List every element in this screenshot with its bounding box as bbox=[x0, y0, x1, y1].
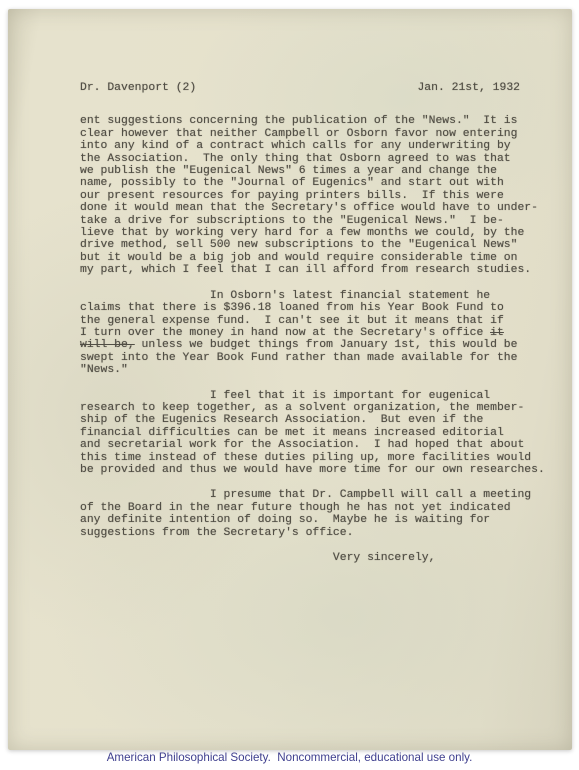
letter-line: drive method, sell 500 new subscriptions… bbox=[80, 239, 532, 251]
letter-line: ship of the Eugenics Research Associatio… bbox=[80, 414, 532, 426]
struck-text: will be, bbox=[80, 339, 135, 351]
letter-line: "News." bbox=[80, 364, 532, 376]
struck-text: it bbox=[490, 327, 504, 339]
typed-text: drive method, sell 500 new subscriptions… bbox=[80, 239, 517, 251]
letter-line: my part, which I feel that I can ill aff… bbox=[80, 264, 532, 276]
typed-text: I presume that Dr. Campbell will call a … bbox=[80, 489, 531, 501]
letter-line: In Osborn's latest financial statement h… bbox=[80, 290, 532, 302]
letter-line: our present resources for paying printer… bbox=[80, 190, 532, 202]
typed-text: research to keep together, as a solvent … bbox=[80, 402, 524, 414]
typed-text: "News." bbox=[80, 364, 128, 376]
scanned-letter-page: Dr. Davenport (2) Jan. 21st, 1932 ent su… bbox=[0, 0, 579, 770]
typed-text: any definite intention of doing so. Mayb… bbox=[80, 514, 490, 526]
typed-text: name, possibly to the "Journal of Eugeni… bbox=[80, 177, 504, 189]
typed-text: of the Board in the near future though h… bbox=[80, 502, 511, 514]
letter-line: suggestions from the Secretary's office. bbox=[80, 527, 532, 539]
typed-text: take a drive for subscriptions to the "E… bbox=[80, 215, 504, 227]
typed-text: lieve that by working very hard for a fe… bbox=[80, 227, 524, 239]
letter-paragraph: I feel that it is important for eugenica… bbox=[80, 390, 532, 477]
letter-line: the general expense fund. I can't see it… bbox=[80, 315, 532, 327]
letter-line: this time instead of these duties piling… bbox=[80, 452, 532, 464]
typed-text: financial difficulties can be met it mea… bbox=[80, 427, 504, 439]
letter-paragraph: ent suggestions concerning the publicati… bbox=[80, 115, 532, 276]
letter-line: ent suggestions concerning the publicati… bbox=[80, 115, 532, 127]
typed-text: unless we budget things from January 1st… bbox=[135, 339, 518, 351]
letter-line: claims that there is $396.18 loaned from… bbox=[80, 302, 532, 314]
typed-text: swept into the Year Book Fund rather tha… bbox=[80, 352, 517, 364]
letter-line: take a drive for subscriptions to the "E… bbox=[80, 215, 532, 227]
typed-text: we publish the "Eugenical News" 6 times … bbox=[80, 165, 497, 177]
typed-text: I turn over the money in hand now at the… bbox=[80, 327, 490, 339]
letter-closing: Very sincerely, bbox=[80, 552, 532, 564]
typed-text: my part, which I feel that I can ill aff… bbox=[80, 264, 531, 276]
letter-paragraph: In Osborn's latest financial statement h… bbox=[80, 290, 532, 377]
typed-text: into any kind of a contract which calls … bbox=[80, 140, 511, 152]
typed-text: and secretarial work for the Association… bbox=[80, 439, 524, 451]
letter-paper: Dr. Davenport (2) Jan. 21st, 1932 ent su… bbox=[8, 9, 572, 750]
letter-date: Jan. 21st, 1932 bbox=[417, 82, 520, 94]
letter-body: ent suggestions concerning the publicati… bbox=[80, 115, 532, 539]
letter-line: be provided and thus we would have more … bbox=[80, 464, 532, 476]
letter-line: done it would mean that the Secretary's … bbox=[80, 202, 532, 214]
recipient-page-label: Dr. Davenport (2) bbox=[80, 82, 196, 94]
typed-text: this time instead of these duties piling… bbox=[80, 452, 531, 464]
typed-text: I feel that it is important for eugenica… bbox=[80, 390, 490, 402]
letter-line: into any kind of a contract which calls … bbox=[80, 140, 532, 152]
archive-caption: American Philosophical Society. Noncomme… bbox=[0, 751, 579, 764]
letter-line: research to keep together, as a solvent … bbox=[80, 402, 532, 414]
letter-line: and secretarial work for the Association… bbox=[80, 439, 532, 451]
typed-text: clear however that neither Campbell or O… bbox=[80, 128, 517, 140]
typed-text: In Osborn's latest financial statement h… bbox=[80, 290, 490, 302]
typed-text: but it would be a big job and would requ… bbox=[80, 252, 517, 264]
typed-text: our present resources for paying printer… bbox=[80, 190, 504, 202]
letter-line: any definite intention of doing so. Mayb… bbox=[80, 514, 532, 526]
typed-text: ent suggestions concerning the publicati… bbox=[80, 115, 517, 127]
typed-text: ship of the Eugenics Research Associatio… bbox=[80, 414, 483, 426]
letter-paragraph: I presume that Dr. Campbell will call a … bbox=[80, 489, 532, 539]
typed-text: the general expense fund. I can't see it… bbox=[80, 315, 504, 327]
typed-text: the Association. The only thing that Osb… bbox=[80, 153, 511, 165]
typed-text: be provided and thus we would have more … bbox=[80, 464, 545, 476]
letter-line: will be, unless we budget things from Ja… bbox=[80, 339, 532, 351]
letter-line: lieve that by working very hard for a fe… bbox=[80, 227, 532, 239]
letter-line: we publish the "Eugenical News" 6 times … bbox=[80, 165, 532, 177]
letter-header: Dr. Davenport (2) Jan. 21st, 1932 bbox=[80, 82, 520, 94]
letter-line: name, possibly to the "Journal of Eugeni… bbox=[80, 177, 532, 189]
letter-line: the Association. The only thing that Osb… bbox=[80, 153, 532, 165]
letter-line: financial difficulties can be met it mea… bbox=[80, 427, 532, 439]
typed-text: done it would mean that the Secretary's … bbox=[80, 202, 538, 214]
typed-text: suggestions from the Secretary's office. bbox=[80, 527, 353, 539]
letter-line: I feel that it is important for eugenica… bbox=[80, 390, 532, 402]
letter-line: of the Board in the near future though h… bbox=[80, 502, 532, 514]
letter-line: clear however that neither Campbell or O… bbox=[80, 128, 532, 140]
letter-line: but it would be a big job and would requ… bbox=[80, 252, 532, 264]
letter-line: swept into the Year Book Fund rather tha… bbox=[80, 352, 532, 364]
letter-line: I turn over the money in hand now at the… bbox=[80, 327, 532, 339]
typed-text: claims that there is $396.18 loaned from… bbox=[80, 302, 504, 314]
letter-line: I presume that Dr. Campbell will call a … bbox=[80, 489, 532, 501]
